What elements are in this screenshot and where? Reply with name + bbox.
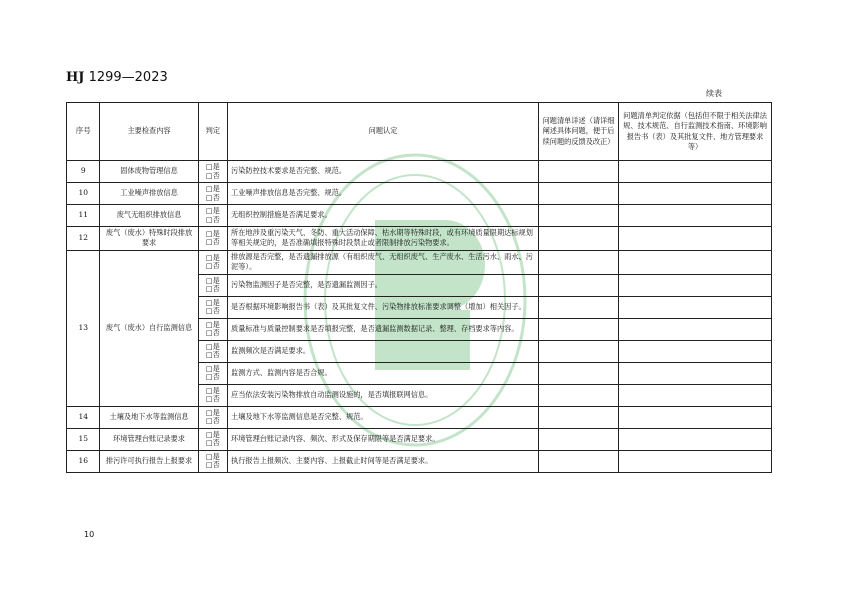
inspection-item: 废气（废水）特殊时段排放要求	[100, 227, 198, 251]
issue-detail-cell[interactable]	[539, 318, 619, 340]
col-header-no: 序号	[67, 103, 100, 161]
issue-detail-cell[interactable]	[539, 205, 619, 227]
table-row: 15环境管理台账记录要求□是□否环境管理台账记录内容、频次、形式及保存期限等是否…	[67, 428, 772, 450]
judge-checkboxes: □是□否	[198, 250, 227, 274]
col-header-detail: 问题清单详述（请详细阐述具体问题，便于后续问题的反馈及改正）	[539, 103, 619, 161]
issue-criteria: 是否根据环境影响报告书（表）及其批复文件、污染物排放标准要求调整（增加）相关因子…	[228, 296, 539, 318]
judge-checkboxes: □是□否	[198, 318, 227, 340]
inspection-item: 环境管理台账记录要求	[100, 428, 198, 450]
row-number: 16	[67, 450, 100, 472]
page-number: 10	[84, 530, 94, 539]
issue-criteria: 工业噪声排放信息是否完整、规范。	[228, 183, 539, 205]
issue-criteria: 监测频次是否满足要求。	[228, 340, 539, 362]
issue-criteria: 质量标准与质量控制要求是否填报完整，是否遗漏监测数据记录、整理、存档要求等内容。	[228, 318, 539, 340]
issue-basis-cell[interactable]	[619, 428, 772, 450]
row-number: 15	[67, 428, 100, 450]
table-row: 10工业噪声排放信息□是□否工业噪声排放信息是否完整、规范。	[67, 183, 772, 205]
checkbox-no[interactable]: □否	[202, 216, 224, 225]
issue-detail-cell[interactable]	[539, 362, 619, 384]
inspection-item: 废气（废水）自行监测信息	[100, 250, 198, 406]
inspection-item: 土壤及地下水等监测信息	[100, 406, 198, 428]
inspection-item: 固体废物管理信息	[100, 161, 198, 183]
standard-prefix: HJ	[66, 70, 84, 85]
issue-detail-cell[interactable]	[539, 450, 619, 472]
issue-criteria: 环境管理台账记录内容、频次、形式及保存期限等是否满足要求。	[228, 428, 539, 450]
continuation-label: 续表	[706, 88, 722, 99]
issue-detail-cell[interactable]	[539, 384, 619, 406]
checkbox-no[interactable]: □否	[202, 262, 224, 271]
issue-basis-cell[interactable]	[619, 250, 772, 274]
issue-criteria: 污染物监测因子是否完整，是否遗漏监测因子。	[228, 274, 539, 296]
judge-checkboxes: □是□否	[198, 450, 227, 472]
checkbox-no[interactable]: □否	[202, 329, 224, 338]
issue-basis-cell[interactable]	[619, 384, 772, 406]
issue-detail-cell[interactable]	[539, 274, 619, 296]
row-number: 12	[67, 227, 100, 251]
judge-checkboxes: □是□否	[198, 406, 227, 428]
standard-code: 1299—2023	[89, 70, 168, 85]
issue-basis-cell[interactable]	[619, 340, 772, 362]
issue-basis-cell[interactable]	[619, 406, 772, 428]
inspection-table: 序号 主要检查内容 判定 问题认定 问题清单详述（请详细阐述具体问题，便于后续问…	[66, 102, 772, 473]
issue-basis-cell[interactable]	[619, 318, 772, 340]
checkbox-no[interactable]: □否	[202, 439, 224, 448]
inspection-item: 排污许可执行报告上报要求	[100, 450, 198, 472]
row-number: 13	[67, 250, 100, 406]
issue-basis-cell[interactable]	[619, 296, 772, 318]
table-row: 11废气无组织排放信息□是□否无组织控制措施是否满足要求。	[67, 205, 772, 227]
table-row: 9固体废物管理信息□是□否污染防控技术要求是否完整、规范。	[67, 161, 772, 183]
judge-checkboxes: □是□否	[198, 296, 227, 318]
issue-detail-cell[interactable]	[539, 340, 619, 362]
issue-basis-cell[interactable]	[619, 183, 772, 205]
table-row: 12废气（废水）特殊时段排放要求□是□否所在地涉及重污染天气、冬防、重大活动保障…	[67, 227, 772, 251]
checkbox-no[interactable]: □否	[202, 285, 224, 294]
row-number: 14	[67, 406, 100, 428]
checkbox-no[interactable]: □否	[202, 194, 224, 203]
table-row: 16排污许可执行报告上报要求□是□否执行报告上报频次、主要内容、上报截止时间等是…	[67, 450, 772, 472]
issue-detail-cell[interactable]	[539, 428, 619, 450]
checkbox-no[interactable]: □否	[202, 373, 224, 382]
issue-criteria: 土壤及地下水等监测信息是否完整、规范。	[228, 406, 539, 428]
issue-criteria: 应当依法安装污染物排放自动监测设施的，是否填报联网信息。	[228, 384, 539, 406]
judge-checkboxes: □是□否	[198, 161, 227, 183]
checkbox-no[interactable]: □否	[202, 461, 224, 470]
issue-detail-cell[interactable]	[539, 183, 619, 205]
table-row: 13废气（废水）自行监测信息□是□否排放源是否完整，是否遗漏排放源（有组织废气、…	[67, 250, 772, 274]
issue-detail-cell[interactable]	[539, 296, 619, 318]
issue-criteria: 排放源是否完整，是否遗漏排放源（有组织废气、无组织废气、生产废水、生活污水、雨水…	[228, 250, 539, 274]
checkbox-no[interactable]: □否	[202, 172, 224, 181]
issue-basis-cell[interactable]	[619, 205, 772, 227]
inspection-item: 废气无组织排放信息	[100, 205, 198, 227]
checkbox-no[interactable]: □否	[202, 307, 224, 316]
row-number: 9	[67, 161, 100, 183]
issue-basis-cell[interactable]	[619, 362, 772, 384]
issue-criteria: 监测方式、监测内容是否合规。	[228, 362, 539, 384]
col-header-basis: 问题清单判定依据（包括但不限于相关法律法规、技术规范、自行监测技术指南、环境影响…	[619, 103, 772, 161]
checkbox-no[interactable]: □否	[202, 417, 224, 426]
judge-checkboxes: □是□否	[198, 183, 227, 205]
issue-criteria: 污染防控技术要求是否完整、规范。	[228, 161, 539, 183]
judge-checkboxes: □是□否	[198, 227, 227, 251]
issue-criteria: 无组织控制措施是否满足要求。	[228, 205, 539, 227]
issue-basis-cell[interactable]	[619, 227, 772, 251]
issue-detail-cell[interactable]	[539, 406, 619, 428]
issue-criteria: 执行报告上报频次、主要内容、上报截止时间等是否满足要求。	[228, 450, 539, 472]
judge-checkboxes: □是□否	[198, 340, 227, 362]
issue-criteria: 所在地涉及重污染天气、冬防、重大活动保障、枯水期等特殊时段，或有环境质量限期达标…	[228, 227, 539, 251]
checkbox-no[interactable]: □否	[202, 395, 224, 404]
judge-checkboxes: □是□否	[198, 428, 227, 450]
col-header-item: 主要检查内容	[100, 103, 198, 161]
checkbox-no[interactable]: □否	[202, 351, 224, 360]
row-number: 10	[67, 183, 100, 205]
inspection-item: 工业噪声排放信息	[100, 183, 198, 205]
col-header-judge: 判定	[198, 103, 227, 161]
issue-basis-cell[interactable]	[619, 274, 772, 296]
judge-checkboxes: □是□否	[198, 384, 227, 406]
issue-detail-cell[interactable]	[539, 250, 619, 274]
row-number: 11	[67, 205, 100, 227]
issue-basis-cell[interactable]	[619, 450, 772, 472]
checkbox-no[interactable]: □否	[202, 238, 224, 247]
col-header-issue: 问题认定	[228, 103, 539, 161]
judge-checkboxes: □是□否	[198, 362, 227, 384]
issue-detail-cell[interactable]	[539, 227, 619, 251]
judge-checkboxes: □是□否	[198, 274, 227, 296]
table-row: 14土壤及地下水等监测信息□是□否土壤及地下水等监测信息是否完整、规范。	[67, 406, 772, 428]
standard-number: HJ 1299—2023	[66, 70, 168, 85]
issue-detail-cell[interactable]	[539, 161, 619, 183]
issue-basis-cell[interactable]	[619, 161, 772, 183]
judge-checkboxes: □是□否	[198, 205, 227, 227]
